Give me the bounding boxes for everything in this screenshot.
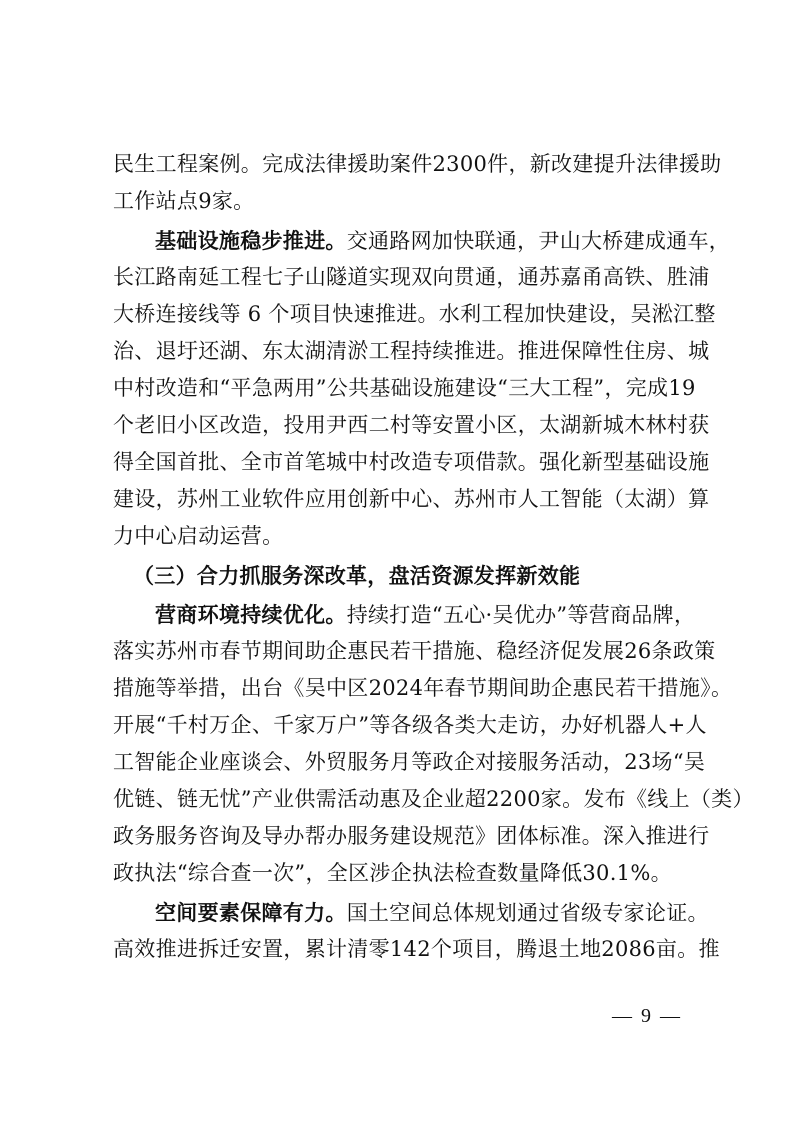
text-line: 长江路南延工程七子山隧道实现双向贯通，通苏嘉甬高铁、胜浦	[113, 259, 683, 296]
text-line: 治、退圩还湖、东太湖清淤工程持续推进。推进保障性住房、城	[113, 333, 683, 370]
page-number: — 9 —	[612, 1005, 682, 1028]
text-line: 中村改造和“平急两用”公共基础设施建设“三大工程”，完成19	[113, 370, 683, 407]
text-line: 基础设施稳步推进。交通路网加快联通，尹山大桥建成通车，	[113, 222, 683, 259]
text-line: 优链、链无忧”产业供需活动惠及企业超2200家。发布《线上（类）	[113, 781, 683, 818]
document-page: 民生工程案例。完成法律援助案件2300件，新改建提升法律援助 工作站点9家。 基…	[0, 0, 793, 1122]
text-line: 措施等举措，出台《吴中区2024年春节期间助企惠民若干措施》。	[113, 670, 683, 707]
section-heading: （三）合力抓服务深改革，盘活资源发挥新效能	[113, 557, 683, 594]
text-line: 营商环境持续优化。持续打造“五心·吴优办”等营商品牌，	[113, 596, 683, 633]
text-line: 力中心启动运营。	[113, 518, 683, 555]
text-line: 民生工程案例。完成法律援助案件2300件，新改建提升法律援助	[113, 146, 683, 183]
text-line: 空间要素保障有力。国土空间总体规划通过省级专家论证。	[113, 894, 683, 931]
text-line: 得全国首批、全市首笔城中村改造专项借款。强化新型基础设施	[113, 444, 683, 481]
paragraph-text: 交通路网加快联通，尹山大桥建成通车，	[347, 229, 730, 253]
text-line: 大桥连接线等 6 个项目快速推进。水利工程加快建设，吴淞江整	[113, 296, 683, 333]
paragraph-lead: 营商环境持续优化。	[155, 602, 347, 627]
text-line: 工智能企业座谈会、外贸服务月等政企对接服务活动，23场“吴	[113, 744, 683, 781]
text-line: 工作站点9家。	[113, 183, 683, 220]
text-line: 政务服务咨询及导办帮办服务建设规范》团体标准。深入推进行	[113, 818, 683, 855]
paragraph-text: 持续打造“五心·吴优办”等营商品牌，	[347, 603, 696, 627]
text-line: 政执法“综合查一次”，全区涉企执法检查数量降低30.1%。	[113, 855, 683, 892]
text-line: 个老旧小区改造，投用尹西二村等安置小区，太湖新城木林村获	[113, 407, 683, 444]
text-line: 建设，苏州工业软件应用创新中心、苏州市人工智能（太湖）算	[113, 481, 683, 518]
text-line: 落实苏州市春节期间助企惠民若干措施、稳经济促发展26条政策	[113, 633, 683, 670]
paragraph-lead: 空间要素保障有力。	[155, 900, 347, 925]
paragraph-text: 国土空间总体规划通过省级专家论证。	[347, 901, 709, 925]
paragraph-lead: 基础设施稳步推进。	[155, 228, 347, 253]
text-line: 开展“千村万企、千家万户”等各级各类大走访，办好机器人+人	[113, 707, 683, 744]
text-line: 高效推进拆迁安置，累计清零142个项目，腾退土地2086亩。推	[113, 931, 683, 968]
